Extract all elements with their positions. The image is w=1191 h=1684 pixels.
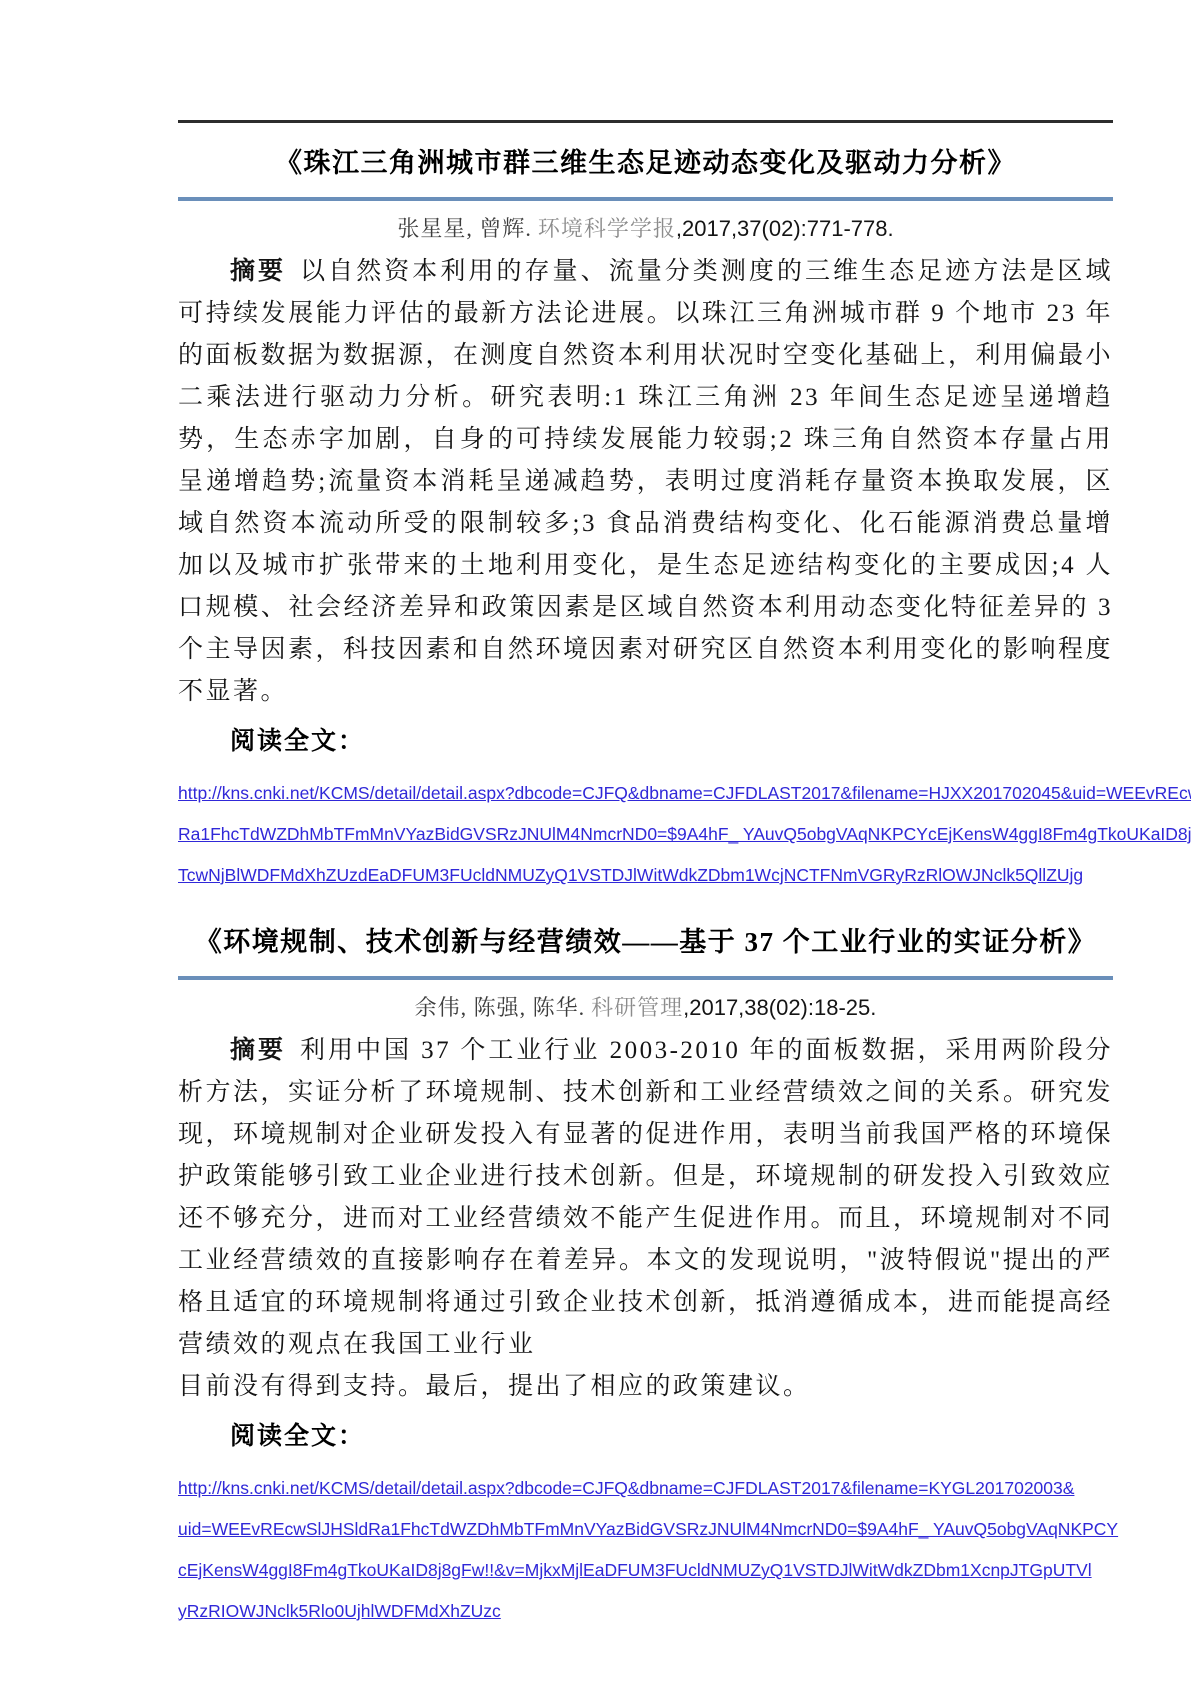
- article-entry-1: 《珠江三角洲城市群三维生态足迹动态变化及驱动力分析》 张星星, 曾辉.环境科学学…: [178, 143, 1113, 896]
- article-2-citation: 余伟, 陈强, 陈华.科研管理,2017,38(02):18-25.: [178, 992, 1113, 1024]
- citation-journal: 科研管理: [591, 995, 683, 1020]
- article-1-title-underline-rule: [178, 197, 1113, 201]
- url-line-3[interactable]: TcwNjBlWDFMdXhZUzdEaDFUM3FUcldNMUZyQ1VST…: [178, 855, 1113, 896]
- article-1-read-full-label: 阅读全文：: [178, 721, 1113, 757]
- abstract-label: 摘要: [230, 258, 286, 285]
- url-line-1[interactable]: http://kns.cnki.net/KCMS/detail/detail.a…: [178, 773, 1113, 814]
- url-line-2[interactable]: uid=WEEvREcwSlJHSldRa1FhcTdWZDhMbTFmMnVY…: [178, 1509, 1113, 1550]
- article-2-title-underline-rule: [178, 976, 1113, 980]
- citation-issue: ,2017,37(02):771-778.: [676, 216, 894, 241]
- abstract-label: 摘要: [230, 1037, 286, 1064]
- url-line-3[interactable]: cEjKensW4ggI8Fm4gTkoUKaID8j8gFw!!&v=Mjkx…: [178, 1550, 1113, 1591]
- abstract-text: 利用中国 37 个工业行业 2003-2010 年的面板数据，采用两阶段分析方法…: [178, 1037, 1113, 1358]
- citation-authors: 张星星, 曾辉.: [397, 216, 532, 241]
- url-line-2[interactable]: Ra1FhcTdWZDhMbTFmMnVYazBidGVSRzJNUlM4Nmc…: [178, 814, 1113, 855]
- abstract-text: 以自然资本利用的存量、流量分类测度的三维生态足迹方法是区域可持续发展能力评估的最…: [178, 258, 1113, 705]
- url-line-4[interactable]: yRzRIOWJNclk5Rlo0UjhlWDFMdXhZUzc: [178, 1591, 1113, 1632]
- url-line-1[interactable]: http://kns.cnki.net/KCMS/detail/detail.a…: [178, 1468, 1113, 1509]
- top-divider-rule: [178, 120, 1113, 123]
- citation-journal: 环境科学学报: [538, 216, 676, 241]
- article-1-title: 《珠江三角洲城市群三维生态足迹动态变化及驱动力分析》: [178, 143, 1113, 183]
- article-1-abstract: 摘要以自然资本利用的存量、流量分类测度的三维生态足迹方法是区域可持续发展能力评估…: [178, 251, 1113, 713]
- citation-authors: 余伟, 陈强, 陈华.: [415, 995, 586, 1020]
- document-page: 《珠江三角洲城市群三维生态足迹动态变化及驱动力分析》 张星星, 曾辉.环境科学学…: [0, 0, 1191, 1632]
- article-2-read-full-label: 阅读全文：: [178, 1416, 1113, 1452]
- article-1-citation: 张星星, 曾辉.环境科学学报,2017,37(02):771-778.: [178, 213, 1113, 245]
- article-2-abstract-continuation: 目前没有得到支持。最后，提出了相应的政策建议。: [178, 1366, 1113, 1408]
- article-entry-2: 《环境规制、技术创新与经营绩效——基于 37 个工业行业的实证分析》 余伟, 陈…: [178, 922, 1113, 1632]
- article-2-url-link[interactable]: http://kns.cnki.net/KCMS/detail/detail.a…: [178, 1468, 1113, 1632]
- article-2-title: 《环境规制、技术创新与经营绩效——基于 37 个工业行业的实证分析》: [178, 922, 1113, 962]
- article-1-url-link[interactable]: http://kns.cnki.net/KCMS/detail/detail.a…: [178, 773, 1113, 896]
- citation-issue: ,2017,38(02):18-25.: [683, 995, 876, 1020]
- article-2-abstract: 摘要利用中国 37 个工业行业 2003-2010 年的面板数据，采用两阶段分析…: [178, 1030, 1113, 1366]
